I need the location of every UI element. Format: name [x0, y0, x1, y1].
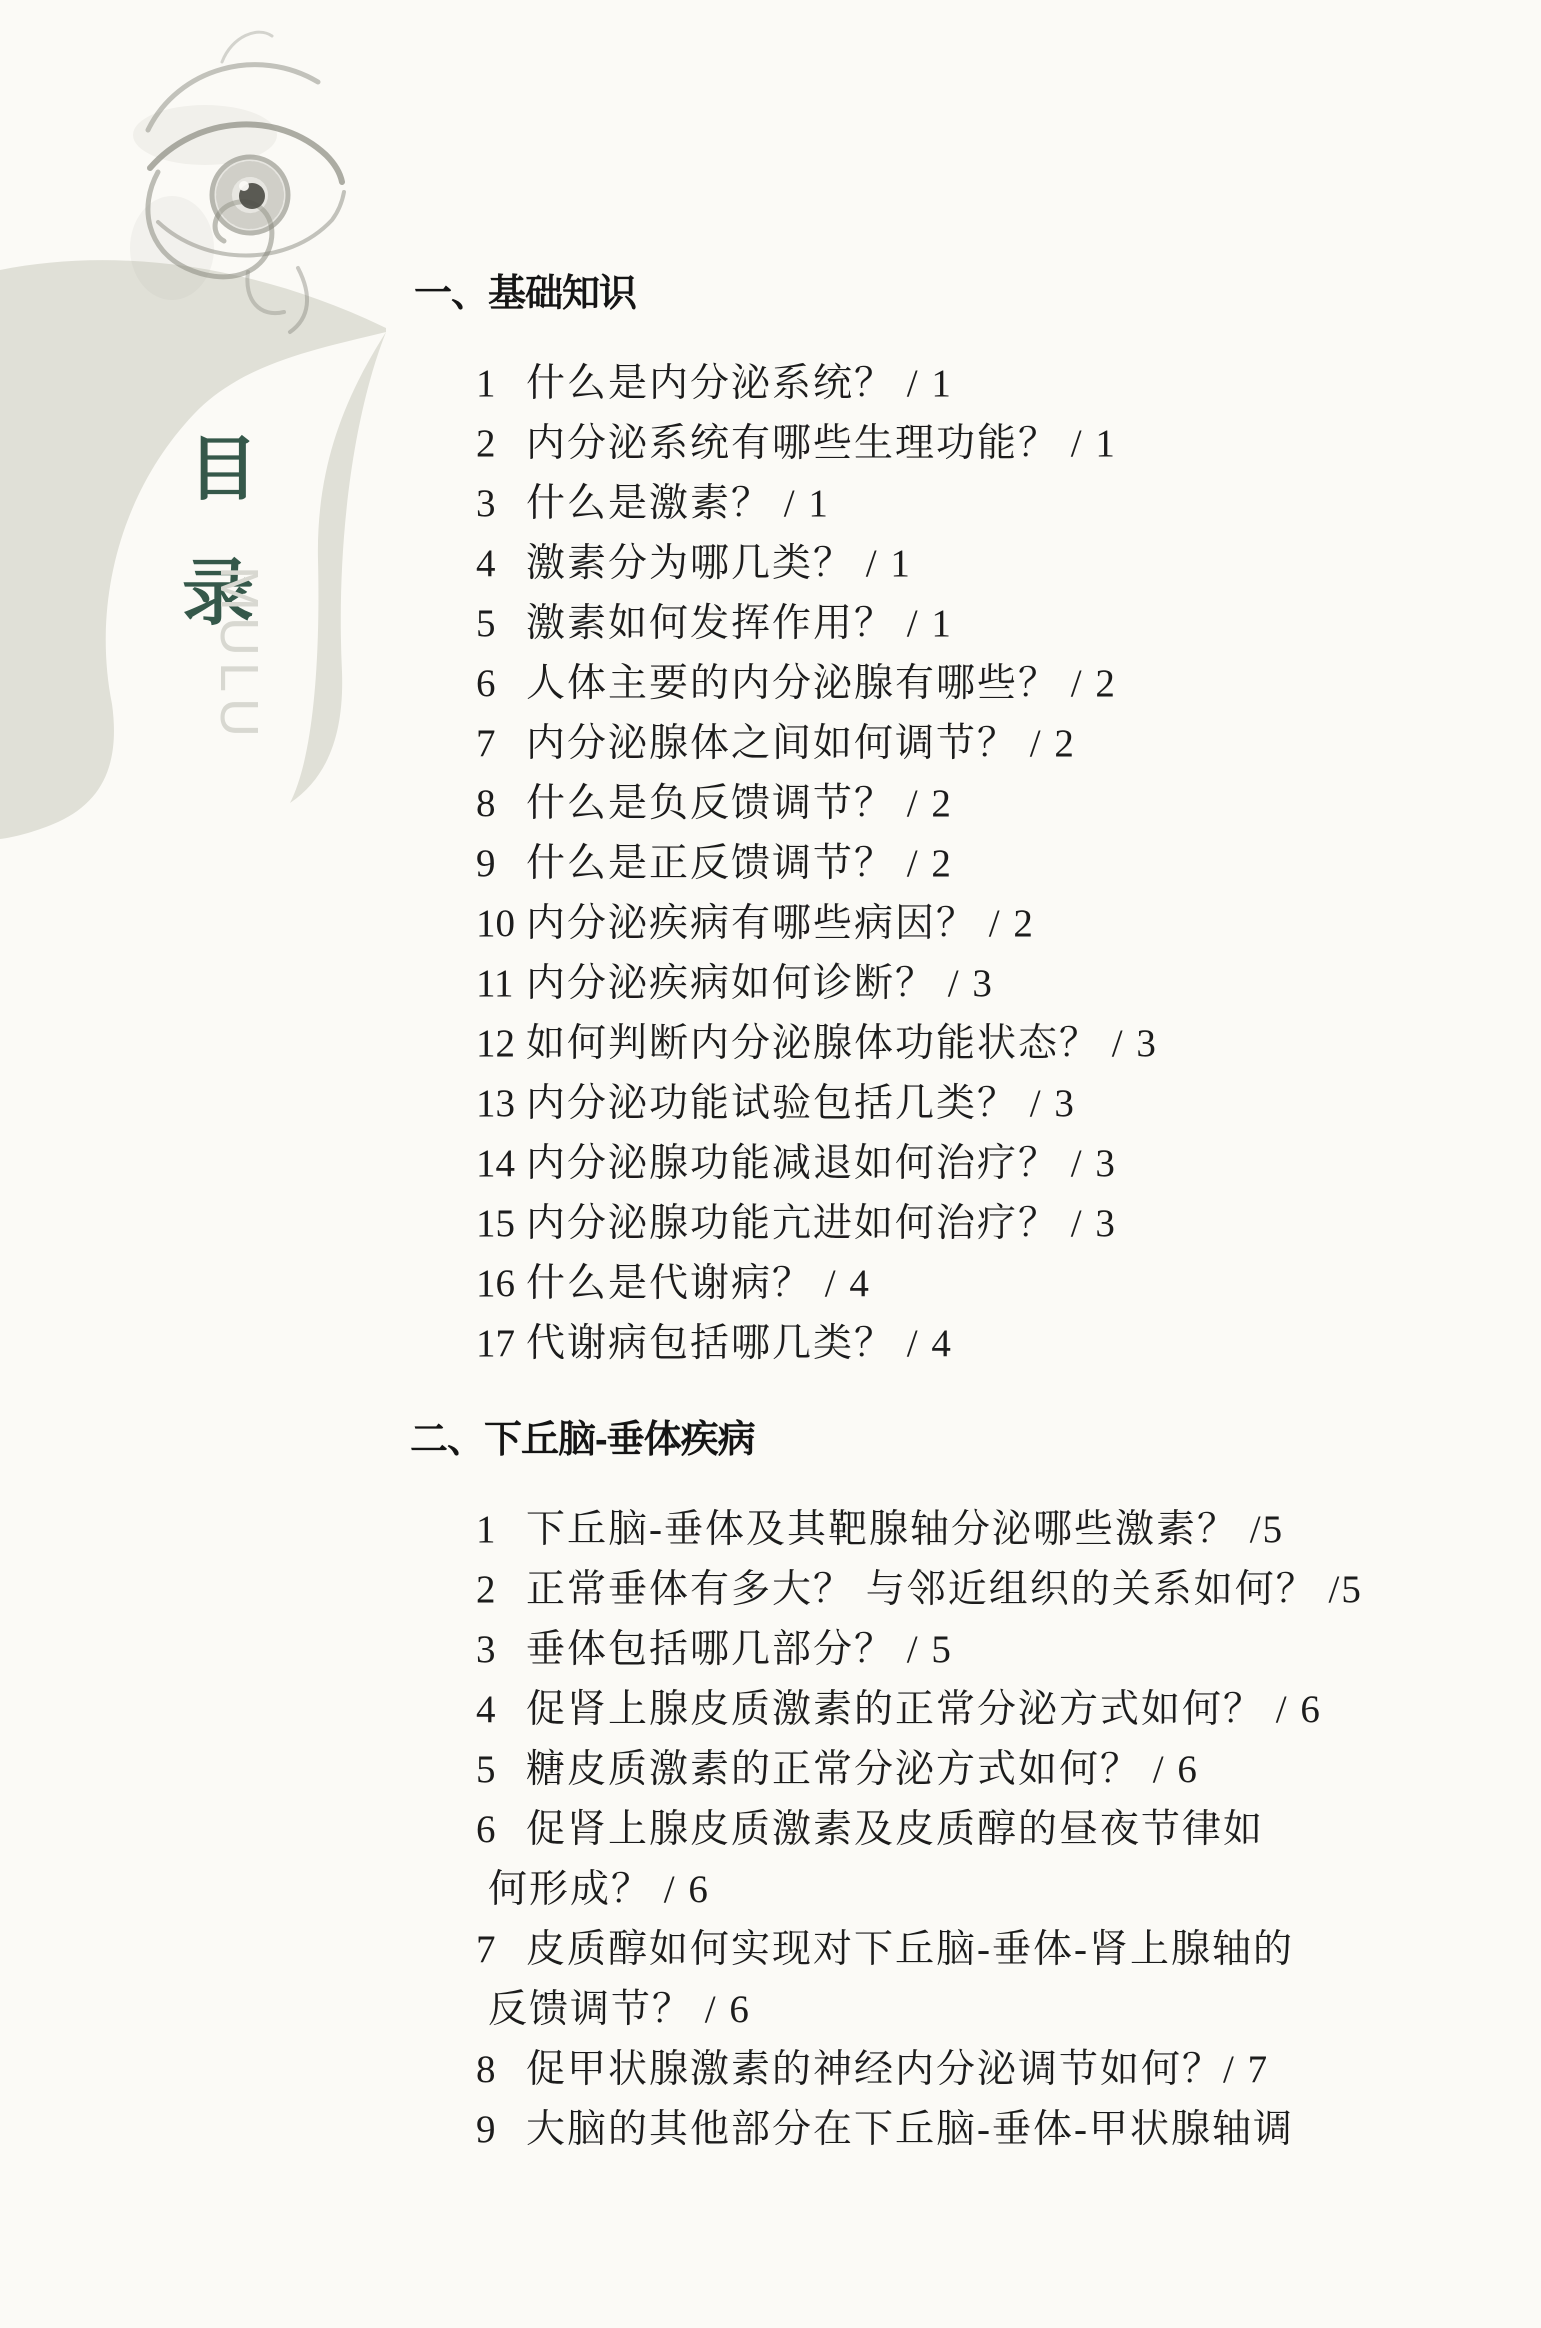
toc-item-number: 2 [476, 1560, 526, 1620]
toc-item-number: 16 [476, 1254, 526, 1314]
toc-item: 10内分泌疾病有哪些病因？ / 2 [476, 894, 1035, 954]
toc-item: 14内分泌腺功能减退如何治疗？ / 3 [476, 1134, 1117, 1194]
toc-item-number: 4 [476, 534, 526, 594]
toc-item-continuation: 何形成？ / 6 [476, 1860, 710, 1920]
toc-item: 3什么是激素？ / 1 [476, 474, 830, 534]
toc-item: 4促肾上腺皮质激素的正常分泌方式如何？ / 6 [476, 1680, 1322, 1740]
toc-item-text: 内分泌系统有哪些生理功能？ / 1 [526, 422, 1117, 465]
toc-item-number: 6 [476, 654, 526, 714]
toc-item-continuation: 反馈调节？ / 6 [476, 1980, 751, 2040]
toc-item-number: 7 [476, 1920, 526, 1980]
toc-item-number: 14 [476, 1134, 526, 1194]
toc-item: 12如何判断内分泌腺体功能状态？ / 3 [476, 1014, 1158, 1074]
toc-item-text: 激素如何发挥作用？ / 1 [526, 602, 953, 645]
toc-item-text: 什么是激素？ / 1 [526, 482, 830, 525]
toc-item-number: 3 [476, 1620, 526, 1680]
toc-item-text: 内分泌腺功能减退如何治疗？ / 3 [526, 1142, 1117, 1185]
toc-item: 5糖皮质激素的正常分泌方式如何？ / 6 [476, 1740, 1199, 1800]
toc-item-text: 促肾上腺皮质激素及皮质醇的昼夜节律如 [526, 1808, 1264, 1851]
toc-item: 13内分泌功能试验包括几类？ / 3 [476, 1074, 1076, 1134]
toc-item: 2内分泌系统有哪些生理功能？ / 1 [476, 414, 1117, 474]
toc-item: 11内分泌疾病如何诊断？ / 3 [476, 954, 994, 1014]
toc-item-number: 10 [476, 894, 526, 954]
toc-item: 4激素分为哪几类？ / 1 [476, 534, 912, 594]
toc-item-number: 9 [476, 834, 526, 894]
toc-item-number: 9 [476, 2100, 526, 2160]
section-heading: 二、下丘脑-垂体疾病 [410, 1408, 755, 1463]
toc-item-number: 4 [476, 1680, 526, 1740]
toc-item: 6人体主要的内分泌腺有哪些？ / 2 [476, 654, 1117, 714]
toc-item-text: 如何判断内分泌腺体功能状态？ / 3 [526, 1022, 1158, 1065]
toc-item-number: 1 [476, 354, 526, 414]
toc-item-text: 什么是代谢病？ / 4 [526, 1262, 871, 1305]
toc-item-number: 15 [476, 1194, 526, 1254]
toc-item-text: 促甲状腺激素的神经内分泌调节如何？/ 7 [526, 2048, 1269, 2091]
toc-item: 15内分泌腺功能亢进如何治疗？ / 3 [476, 1194, 1117, 1254]
vertical-title-pinyin: MULU [212, 566, 266, 743]
toc-item: 7皮质醇如何实现对下丘脑-垂体-肾上腺轴的 [476, 1920, 1294, 1980]
toc-item-text: 什么是正反馈调节？ / 2 [526, 842, 953, 885]
toc-item-number: 5 [476, 594, 526, 654]
toc-item: 5激素如何发挥作用？ / 1 [476, 594, 953, 654]
toc-item-number: 3 [476, 474, 526, 534]
toc-item: 9大脑的其他部分在下丘脑-垂体-甲状腺轴调 [476, 2100, 1294, 2160]
toc-item-number: 1 [476, 1500, 526, 1560]
crescent-shape [290, 332, 386, 803]
section-heading: 一、基础知识 [414, 262, 636, 317]
toc-item: 3垂体包括哪几部分？ / 5 [476, 1620, 953, 1680]
toc-item-number: 12 [476, 1014, 526, 1074]
toc-item-text: 大脑的其他部分在下丘脑-垂体-甲状腺轴调 [526, 2108, 1294, 2151]
toc-page: 目 录 MULU 一、基础知识1什么是内分泌系统？ / 12内分泌系统有哪些生理… [0, 0, 1541, 2328]
toc-item-text: 内分泌腺功能亢进如何治疗？ / 3 [526, 1202, 1117, 1245]
toc-item-text: 内分泌腺体之间如何调节？ / 2 [526, 722, 1076, 765]
toc-item: 7内分泌腺体之间如何调节？ / 2 [476, 714, 1076, 774]
toc-item-text: 内分泌疾病如何诊断？ / 3 [526, 962, 994, 1005]
toc-item-number: 2 [476, 414, 526, 474]
toc-item-text: 皮质醇如何实现对下丘脑-垂体-肾上腺轴的 [526, 1928, 1294, 1971]
toc-item-number: 8 [476, 2040, 526, 2100]
toc-item: 16什么是代谢病？ / 4 [476, 1254, 871, 1314]
toc-item-number: 7 [476, 714, 526, 774]
toc-item-number: 6 [476, 1800, 526, 1860]
toc-item: 8促甲状腺激素的神经内分泌调节如何？/ 7 [476, 2040, 1269, 2100]
toc-item: 2正常垂体有多大？ 与邻近组织的关系如何？ /5 [476, 1560, 1363, 1620]
toc-item-text: 内分泌功能试验包括几类？ / 3 [526, 1082, 1076, 1125]
toc-item-number: 5 [476, 1740, 526, 1800]
toc-item-number: 11 [476, 954, 526, 1014]
toc-item: 9什么是正反馈调节？ / 2 [476, 834, 953, 894]
toc-item-number: 13 [476, 1074, 526, 1134]
toc-item: 1下丘脑-垂体及其靶腺轴分泌哪些激素？ /5 [476, 1500, 1284, 1560]
toc-item-text: 内分泌疾病有哪些病因？ / 2 [526, 902, 1035, 945]
toc-item-text: 代谢病包括哪几类？ / 4 [526, 1322, 953, 1365]
vertical-title-char-mu: 目 [188, 434, 258, 504]
toc-item-text: 促肾上腺皮质激素的正常分泌方式如何？ / 6 [526, 1688, 1322, 1731]
toc-item: 6促肾上腺皮质激素及皮质醇的昼夜节律如 [476, 1800, 1264, 1860]
toc-item-text: 糖皮质激素的正常分泌方式如何？ / 6 [526, 1748, 1199, 1791]
toc-item-number: 8 [476, 774, 526, 834]
toc-item-text: 人体主要的内分泌腺有哪些？ / 2 [526, 662, 1117, 705]
toc-item-text: 正常垂体有多大？ 与邻近组织的关系如何？ /5 [526, 1568, 1363, 1611]
toc-item: 8什么是负反馈调节？ / 2 [476, 774, 953, 834]
toc-item-text: 激素分为哪几类？ / 1 [526, 542, 912, 585]
toc-item: 1什么是内分泌系统？ / 1 [476, 354, 953, 414]
toc-item-text: 下丘脑-垂体及其靶腺轴分泌哪些激素？ /5 [526, 1508, 1284, 1551]
toc-item-text: 什么是内分泌系统？ / 1 [526, 362, 953, 405]
toc-item-text: 垂体包括哪几部分？ / 5 [526, 1628, 953, 1671]
toc-item: 17代谢病包括哪几类？ / 4 [476, 1314, 953, 1374]
toc-item-number: 17 [476, 1314, 526, 1374]
toc-item-text: 什么是负反馈调节？ / 2 [526, 782, 953, 825]
